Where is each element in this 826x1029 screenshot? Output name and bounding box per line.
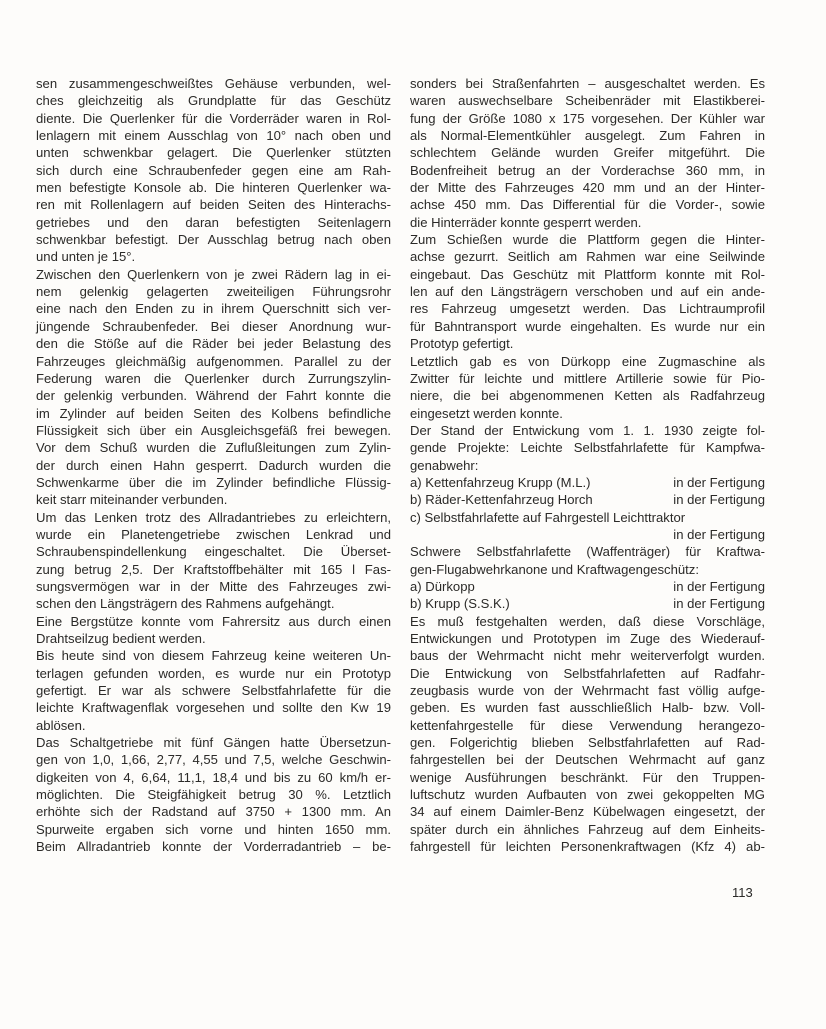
text-line: wenige Ausführungen beschränkt. Für den …	[410, 769, 765, 786]
text-line: Zum Schießen wurde die Plattform gegen d…	[410, 231, 765, 248]
text-line: der gelenkig verbunden. Während der Fahr…	[36, 387, 391, 404]
text-line: genabwehr:	[410, 457, 765, 474]
text-line: nem gelenkig gelagerten zweiteiligen Füh…	[36, 283, 391, 300]
text-column-right: sonders bei Straßenfahrten – ausgeschalt…	[410, 75, 765, 855]
text-line: ablösen.	[36, 717, 391, 734]
text-line: ches gleichzeitig als Grundplatte für da…	[36, 92, 391, 109]
text-line: leichte Kraftwagenflak vorgesehen und so…	[36, 699, 391, 716]
text-line: eingebaut. Das Geschütz mit Plattform ko…	[410, 266, 765, 283]
text-line: Letztlich gab es von Dürkopp eine Zugmas…	[410, 353, 765, 370]
text-line: Fahrzeuges gleichmäßig aufgenommen. Para…	[36, 353, 391, 370]
text-line: Die Entwickung von Selbstfahrlafetten au…	[410, 665, 765, 682]
text-line: waren auswechselbare Scheibenräder mit E…	[410, 92, 765, 109]
list-item-status: in der Fertigung	[673, 491, 765, 508]
text-line: achse 450 mm. Das Differential für die V…	[410, 196, 765, 213]
list-item-label: a) Dürkopp	[410, 578, 475, 595]
text-line: der durch einen Hahn gesperrt. Dadurch w…	[36, 457, 391, 474]
text-line: men befestigte Konsole ab. Die hinteren …	[36, 179, 391, 196]
list-item-status: in der Fertigung	[673, 595, 765, 612]
list-item-label: b) Räder-Kettenfahrzeug Horch	[410, 491, 593, 508]
text-line: die Hinterräder konnte gesperrt werden.	[410, 214, 765, 231]
list-item-status: in der Fertigung	[673, 474, 765, 491]
text-line: möglichten. Die Steigfähigkeit betrug 30…	[36, 786, 391, 803]
text-line: gen von 1,0, 1,66, 2,77, 4,55 und 7,5, w…	[36, 751, 391, 768]
text-line: Flüssigkeit sich über ein Ausgleichsgefä…	[36, 422, 391, 439]
list-row: b) Krupp (S.S.K.)in der Fertigung	[410, 595, 765, 612]
text-line: sen zusammengeschweißtes Gehäuse verbund…	[36, 75, 391, 92]
text-line: ren mit Rollenlagern auf beiden Seiten d…	[36, 196, 391, 213]
text-line: Schwenkarme über die im Zylinder befindl…	[36, 474, 391, 491]
list-row: in der Fertigung	[410, 526, 765, 543]
text-line: baus der Wehrmacht nicht mehr weiterverf…	[410, 647, 765, 664]
text-line: zung betrug 2,5. Der Kraftstoffbehälter …	[36, 561, 391, 578]
text-line: Federung waren die Querlenker durch Zurr…	[36, 370, 391, 387]
text-line: achse gezurrt. Seitlich am Rahmen war ei…	[410, 248, 765, 265]
text-line: kettenfahrgestelle für diese Verwendung …	[410, 717, 765, 734]
list-item-label: a) Kettenfahrzeug Krupp (M.L.)	[410, 474, 591, 491]
text-line: Es muß festgehalten werden, daß diese Vo…	[410, 613, 765, 630]
text-line: fahrgestellen bei der Deutschen Wehrmach…	[410, 751, 765, 768]
text-line: Bis heute sind von diesem Fahrzeug keine…	[36, 647, 391, 664]
text-line: als Normal-Elementkühler ausgelegt. Zum …	[410, 127, 765, 144]
text-line: fahrgestell für leichten Personenkraftwa…	[410, 838, 765, 855]
text-line: sonders bei Straßenfahrten – ausgeschalt…	[410, 75, 765, 92]
text-line: Drahtseilzug bedient werden.	[36, 630, 391, 647]
text-line: getriebes und den daran befestigten Seit…	[36, 214, 391, 231]
list-item-status: in der Fertigung	[673, 578, 765, 595]
list-row: a) Kettenfahrzeug Krupp (M.L.)in der Fer…	[410, 474, 765, 491]
text-line: terlagen gefunden worden, es wurde nur e…	[36, 665, 391, 682]
text-line: Bodenfreiheit betrug an der Vorderachse …	[410, 162, 765, 179]
text-line: res Fahrzeug umgesetzt werden. Das Licht…	[410, 300, 765, 317]
text-line: Entwickungen und Prototypen im Zuge des …	[410, 630, 765, 647]
text-line: gende Projekte: Leichte Selbstfahrlafett…	[410, 439, 765, 456]
text-line: Um das Lenken trotz des Allradantriebes …	[36, 509, 391, 526]
text-line: Beim Allradantrieb konnte der Vorderrada…	[36, 838, 391, 855]
text-line: geben. Es wurden fast ausschließlich Hal…	[410, 699, 765, 716]
text-line: len auf den Längsträgern verschoben und …	[410, 283, 765, 300]
text-line: schlechtem Gelände wurden Greifer mitgef…	[410, 144, 765, 161]
text-column-left: sen zusammengeschweißtes Gehäuse verbund…	[36, 75, 391, 855]
text-line: erhöhte sich der Radstand auf 3750 + 130…	[36, 803, 391, 820]
list-item-label: b) Krupp (S.S.K.)	[410, 595, 510, 612]
text-line: sich durch eine Schraubenfeder gegen ein…	[36, 162, 391, 179]
text-line: c) Selbstfahrlafette auf Fahrgestell Lei…	[410, 509, 765, 526]
text-line: Das Schaltgetriebe mit fünf Gängen hatte…	[36, 734, 391, 751]
list-row: a) Dürkoppin der Fertigung	[410, 578, 765, 595]
text-line: Zwitter für leichte und mittlere Artille…	[410, 370, 765, 387]
list-item-status: in der Fertigung	[673, 526, 765, 543]
text-line: Prototyp gefertigt.	[410, 335, 765, 352]
text-line: den die Stöße auf die Räder bei jeder Be…	[36, 335, 391, 352]
text-line: wurde ein Planetengetriebe zwischen Lenk…	[36, 526, 391, 543]
text-line: Der Stand der Entwickung vom 1. 1. 1930 …	[410, 422, 765, 439]
text-line: unten schwenkbar gelagert. Die Querlenke…	[36, 144, 391, 161]
text-line: lenlagern mit einem Ausschlag von 10° na…	[36, 127, 391, 144]
text-line: digkeiten von 4, 6,64, 11,1, 18,4 und bi…	[36, 769, 391, 786]
text-line: im Zylinder auf beiden Seiten des Kolben…	[36, 405, 391, 422]
text-line: gen-Flugabwehrkanone und Kraftwagengesch…	[410, 561, 765, 578]
text-line: niere, die bei abgenommenen Ketten als R…	[410, 387, 765, 404]
text-line: sungsvermögen war in der Mitte des Fahrz…	[36, 578, 391, 595]
text-line: gefertigt. Er war als schwere Selbstfahr…	[36, 682, 391, 699]
text-line: jüngende Schraubenfeder. Bei dieser Anor…	[36, 318, 391, 335]
text-line: zeugbasis wurde von der Wehrmacht fast v…	[410, 682, 765, 699]
list-row: b) Räder-Kettenfahrzeug Horchin der Fert…	[410, 491, 765, 508]
text-line: eine nach den Enden zu in ihrem Querschn…	[36, 300, 391, 317]
text-line: keit starr miteinander verbunden.	[36, 491, 391, 508]
text-line: Vor dem Schuß wurden die Zuflußleitungen…	[36, 439, 391, 456]
text-line: und unten je 15°.	[36, 248, 391, 265]
text-line: schwenkbar befestigt. Der Ausschlag betr…	[36, 231, 391, 248]
text-line: 34 auf einem Daimler-Benz Kübelwagen ein…	[410, 803, 765, 820]
text-line: Zwischen den Querlenkern von je zwei Räd…	[36, 266, 391, 283]
text-line: für Bahntransport wurde eingehalten. Es …	[410, 318, 765, 335]
text-line: luftschutz wurden Aufbauten von zwei gek…	[410, 786, 765, 803]
text-line: Eine Bergstütze konnte vom Fahrersitz au…	[36, 613, 391, 630]
text-line: fung der Größe 1080 x 175 vorgesehen. De…	[410, 110, 765, 127]
text-line: schen den Längsträgern des Rahmens aufge…	[36, 595, 391, 612]
text-line: Spurweite ergaben sich vorne und hinten …	[36, 821, 391, 838]
text-line: eingesetzt werden konnte.	[410, 405, 765, 422]
text-line: Schraubenspindellenkung eingeschaltet. D…	[36, 543, 391, 560]
text-line: gen. Folgerichtig blieben Selbstfahrlafe…	[410, 734, 765, 751]
page-number: 113	[732, 885, 753, 900]
text-line: der Mitte des Fahrzeuges 420 mm und an d…	[410, 179, 765, 196]
text-line: später durch ein ähnliches Fahrzeug auf …	[410, 821, 765, 838]
text-line: diente. Die Querlenker für die Vorderräd…	[36, 110, 391, 127]
text-line: Schwere Selbstfahrlafette (Waffenträger)…	[410, 543, 765, 560]
